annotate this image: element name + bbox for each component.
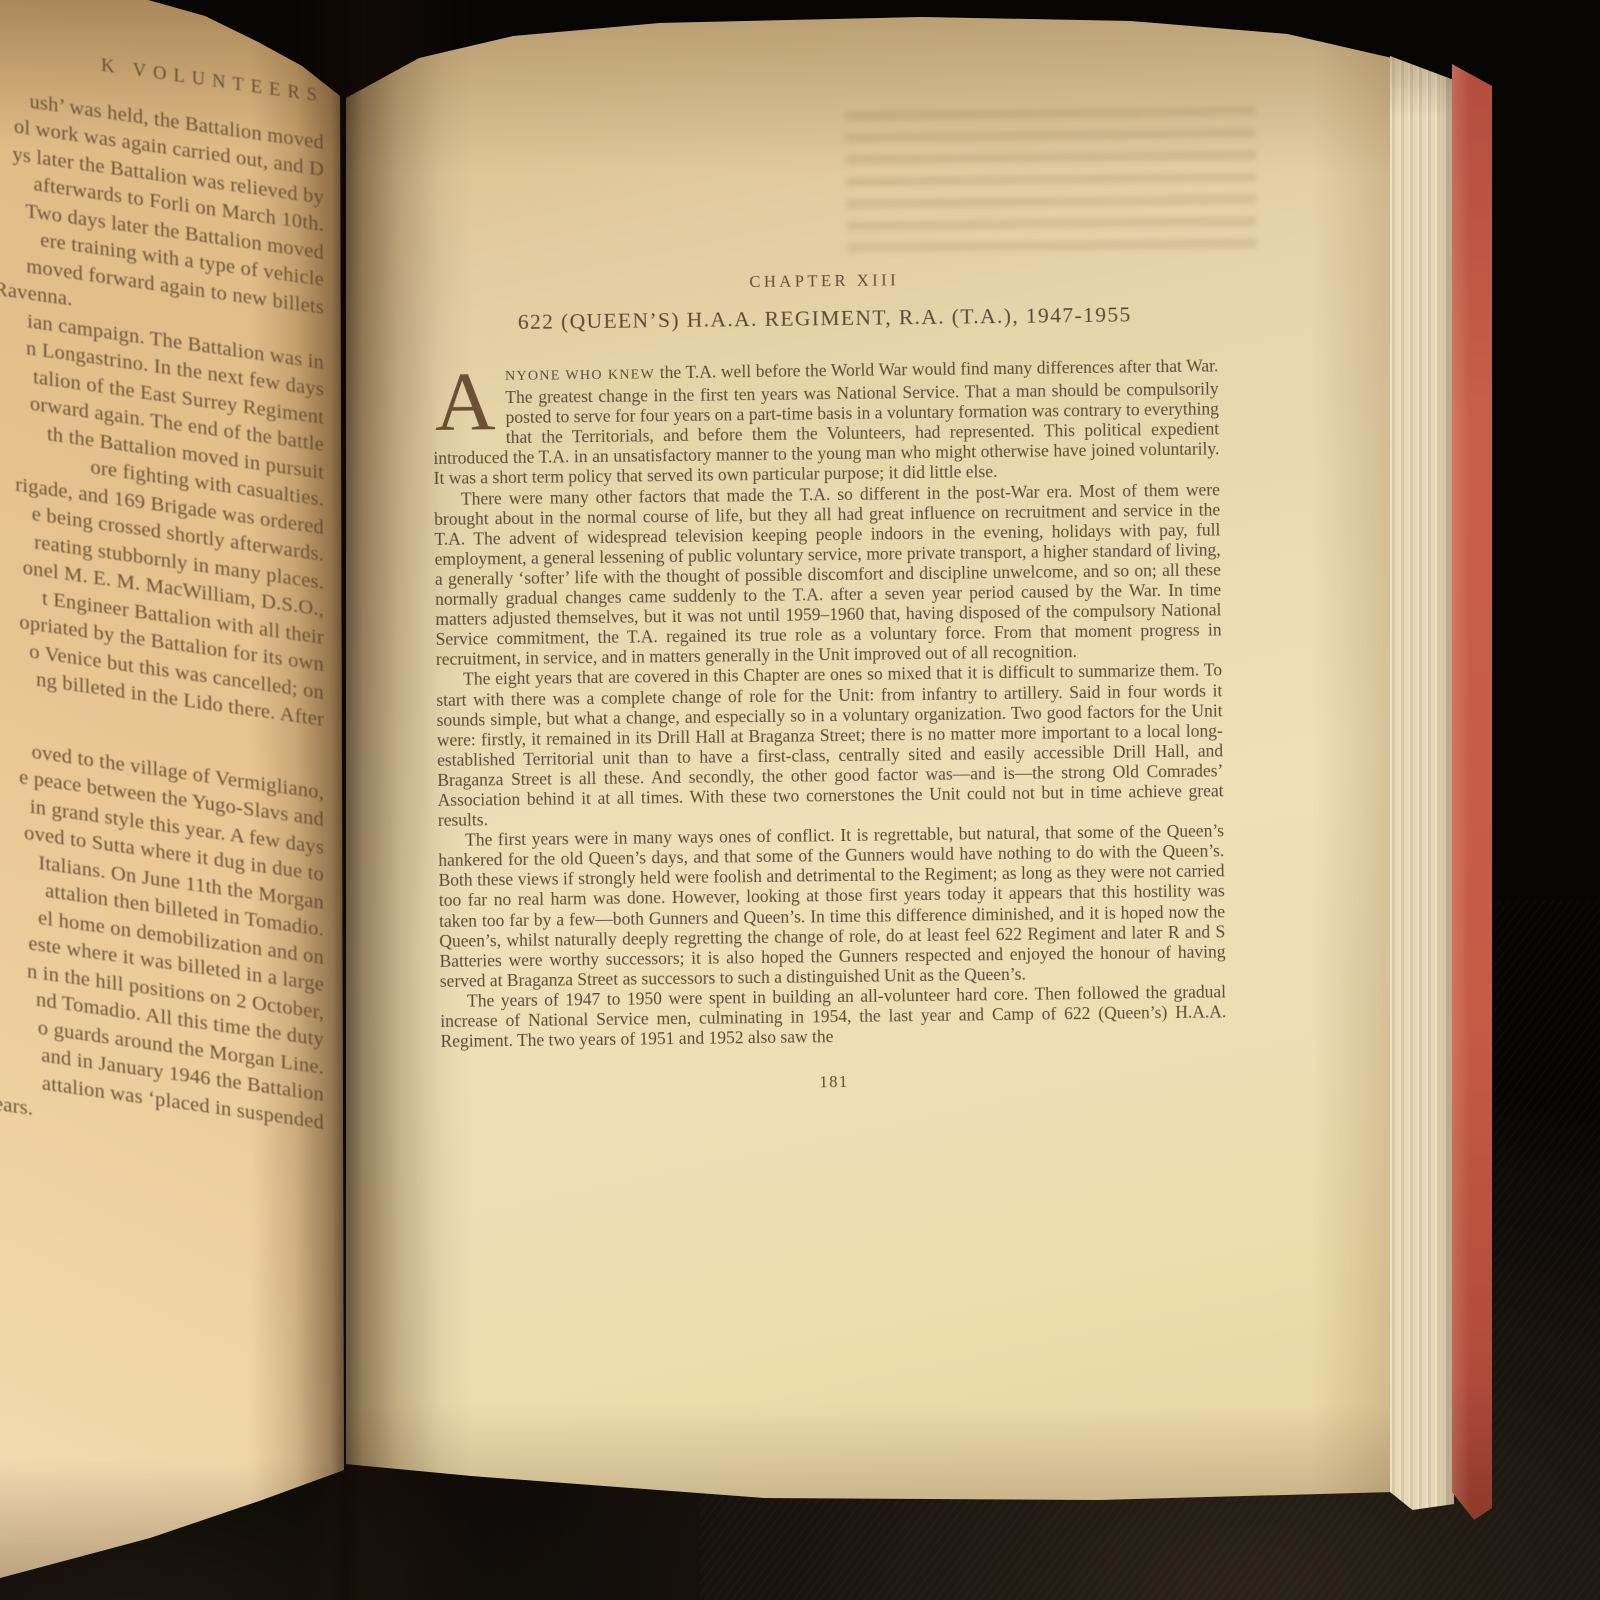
- left-page-text-column: K VOLUNTEERS ush’ was held, the Battalio…: [0, 11, 324, 1165]
- page-number: 181: [441, 1068, 1227, 1098]
- drop-cap-letter: A: [432, 364, 505, 431]
- paragraph-1: ANYONE WHO KNEW the T.A. well before the…: [432, 355, 1219, 488]
- paragraph-1-small-caps-lead: NYONE WHO KNEW: [505, 367, 655, 384]
- book-photo-scene: K VOLUNTEERS ush’ was held, the Battalio…: [0, 0, 1600, 1600]
- paragraph-5: The years of 1947 to 1950 were spent in …: [440, 981, 1227, 1051]
- page-block-fore-edge: [1390, 56, 1454, 1512]
- chapter-title: 622 (QUEEN’S) H.A.A. REGIMENT, R.A. (T.A…: [432, 301, 1218, 336]
- left-page-paragraph-block-1: ush’ was held, the Battalion movedol wor…: [0, 56, 324, 734]
- red-cover-board-edge: [1452, 64, 1492, 1520]
- paragraph-4: The first years were in many ways ones o…: [438, 820, 1226, 990]
- left-page-paragraph-block-2: oved to the village of Vermigliano,e pea…: [0, 706, 324, 1164]
- right-page-text-column: CHAPTER XIII 622 (QUEEN’S) H.A.A. REGIME…: [428, 4, 1227, 1097]
- paragraph-2: There were many other factors that made …: [434, 479, 1222, 669]
- paragraph-3: The eight years that are covered in this…: [436, 660, 1224, 830]
- right-page: CHAPTER XIII 622 (QUEEN’S) H.A.A. REGIME…: [346, 14, 1392, 1514]
- chapter-body-text: ANYONE WHO KNEW the T.A. well before the…: [432, 355, 1226, 1051]
- chapter-label: CHAPTER XIII: [431, 266, 1217, 296]
- left-page: K VOLUNTEERS ush’ was held, the Battalio…: [0, 0, 346, 1600]
